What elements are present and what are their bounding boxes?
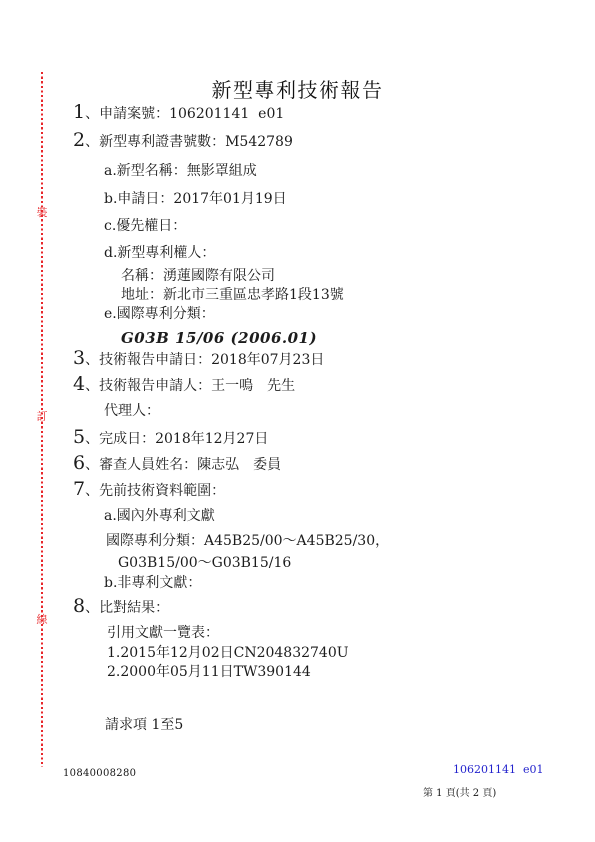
- footer-case-number: 106201141 e01: [453, 763, 544, 776]
- item-number: 4: [73, 373, 85, 395]
- list-separator: 、: [85, 457, 99, 473]
- list-separator: 、: [85, 134, 99, 150]
- item-number: 8: [73, 595, 85, 617]
- field-report-request-date: 3、技術報告申請日：2018年07月23日: [73, 349, 324, 370]
- footer-document-code: 10840008280: [63, 768, 136, 779]
- list-separator: 、: [85, 352, 99, 368]
- field-text: 新型專利證書號數：M542789: [99, 134, 293, 150]
- item-number: 2: [73, 129, 85, 151]
- field-text: 完成日：2018年12月27日: [99, 431, 268, 447]
- field-non-patent-literature: b.非專利文獻：: [104, 574, 201, 593]
- item-number: 3: [73, 347, 85, 369]
- field-text: 申請案號：106201141 e01: [99, 106, 284, 122]
- field-search-ipc-line2: G03B15/00～G03B15/16: [118, 554, 291, 573]
- binding-char-xian: 線: [35, 614, 49, 625]
- field-completion-date: 5、完成日：2018年12月27日: [73, 428, 268, 449]
- binding-char-zhuang: 裝: [35, 207, 49, 218]
- cited-reference-1: 1.2015年12月02日CN204832740U: [107, 644, 349, 663]
- list-separator: 、: [85, 483, 99, 499]
- list-separator: 、: [85, 431, 99, 447]
- item-number: 7: [73, 478, 85, 500]
- list-separator: 、: [85, 106, 99, 122]
- field-agent: 代理人：: [104, 402, 160, 421]
- field-text: 審查人員姓名：陳志弘 委員: [99, 457, 281, 473]
- field-priority-date: c.優先權日：: [104, 217, 186, 236]
- page-title: 新型專利技術報告: [0, 74, 595, 103]
- field-filing-date: b.申請日：2017年01月19日: [104, 190, 287, 209]
- field-text: 技術報告申請日：2018年07月23日: [99, 352, 324, 368]
- cited-references-header: 引用文獻一覽表：: [107, 624, 219, 643]
- field-examiner-name: 6、審查人員姓名：陳志弘 委員: [73, 454, 281, 475]
- field-patentee-address: 地址：新北市三重區忠孝路1段13號: [121, 286, 344, 305]
- field-search-ipc-line1: 國際專利分類：A45B25/00～A45B25/30，: [106, 532, 389, 551]
- field-prior-art-scope: 7、先前技術資料範圍：: [73, 480, 225, 501]
- field-text: 先前技術資料範圍：: [99, 483, 225, 499]
- field-certificate-number: 2、新型專利證書號數：M542789: [73, 131, 293, 152]
- item-number: 5: [73, 426, 85, 448]
- patent-report-page: 裝 訂 線 新型專利技術報告 1、申請案號：106201141 e01 2、新型…: [0, 0, 595, 842]
- field-patentee-header: d.新型專利權人：: [104, 244, 215, 263]
- field-utility-model-name: a.新型名稱：無影罩組成: [104, 162, 257, 181]
- field-ipc-code: G03B 15/06 (2006.01): [121, 329, 317, 348]
- item-number: 6: [73, 452, 85, 474]
- item-number: 1: [73, 101, 85, 123]
- cited-reference-2: 2.2000年05月11日TW390144: [107, 663, 311, 682]
- field-patentee-name: 名稱：湧蓮國際有限公司: [121, 267, 275, 286]
- field-patent-literature: a.國內外專利文獻: [104, 507, 215, 526]
- footer-page-indicator: 第 1 頁(共 2 頁): [423, 784, 496, 799]
- binding-char-ding: 訂: [35, 411, 49, 422]
- field-application-number: 1、申請案號：106201141 e01: [73, 103, 284, 124]
- list-separator: 、: [85, 378, 99, 394]
- field-text: 比對結果：: [99, 600, 169, 616]
- list-separator: 、: [85, 600, 99, 616]
- field-report-requester: 4、技術報告申請人：王一鳴 先生: [73, 375, 295, 396]
- field-comparison-result: 8、比對結果：: [73, 597, 169, 618]
- field-ipc-header: e.國際專利分類：: [104, 305, 215, 324]
- field-text: 技術報告申請人：王一鳴 先生: [99, 378, 295, 394]
- claims-range: 請求項 1至5: [105, 716, 183, 735]
